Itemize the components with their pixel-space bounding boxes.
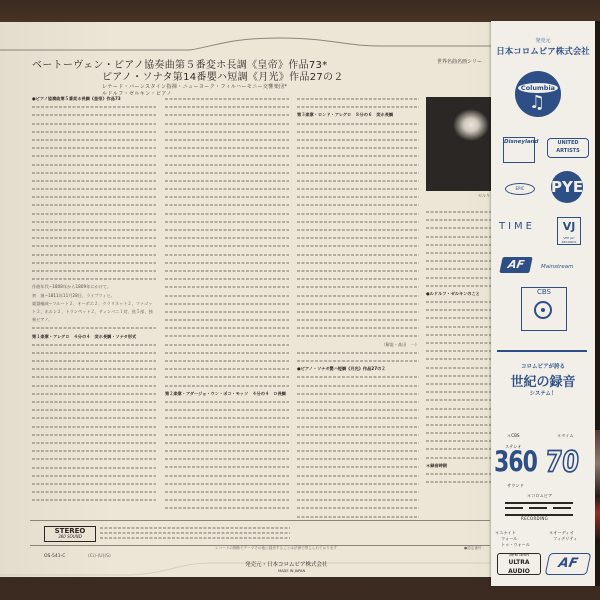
sleeve-opening-curve <box>0 28 500 58</box>
obi-strip: 発売元 日本コロムビア株式会社 Columbia ♫ Disneyland UN… <box>491 21 595 586</box>
liner-notes-column-2: 第２楽章・アダージョ・ウン・ポコ・モッソ ４分の４ ロ長調 <box>165 95 289 520</box>
tagline-big: 世紀の録音 <box>491 371 595 390</box>
footer-notes <box>100 524 290 540</box>
meta-premiere: 初 演−1811年11月28日、ライプツィヒ。 <box>32 292 156 300</box>
columbia-logo: Columbia ♫ <box>515 71 561 117</box>
title-sonata: ピアノ・ソナタ第14番嬰ハ短調《月光》作品27の２ <box>102 68 344 83</box>
meta-instrumentation: 楽器編成−フルート２、オーボエ２、クラリネット２、ファゴット２、ホルン２、トラン… <box>32 300 156 325</box>
tagline-small: コロムビアが誇る <box>491 362 595 370</box>
label-time: ＊タイム <box>557 433 574 439</box>
stereo-badge: STEREO 360 SOUND <box>44 526 96 542</box>
recording-date-heading: ＊録音時期 <box>426 462 492 470</box>
signature: （解説・髙田 一） <box>297 341 419 349</box>
audio-fidelity-logo: AF <box>499 257 532 273</box>
pianist-photo <box>426 97 493 191</box>
credit-conductor: レナード・バーンスタイン指揮・ニューヨーク・フィルハーモニー交響楽団* <box>102 83 287 90</box>
catalog-code: (Ci)-(U)(S) <box>88 554 111 559</box>
footer-rule-top <box>30 520 490 521</box>
time-70-logo: 70 <box>544 445 580 479</box>
united-artists-logo: UNITED ARTISTS <box>547 138 589 158</box>
sss-logo <box>505 502 573 516</box>
heading-sonata: ●ピアノ・ソナタ嬰ハ短調《月光》作品27の２ <box>297 365 419 373</box>
pye-logo: PYE <box>551 171 583 203</box>
vee-jay-logo: VJ VEE JAY RECORDS <box>557 217 581 245</box>
made-in-japan: MADE IN JAPAN <box>278 569 305 573</box>
tagline-end: システム！ <box>491 389 595 397</box>
ultra-audio-logo: UNITED ARTISTS ULTRA AUDIO <box>497 553 541 575</box>
epic-logo: EPIC <box>505 183 535 195</box>
liner-notes-column-1: ●ピアノ協奏曲第５番変ホ長調《皇帝》作品73 作曲年代−1808年から1809年… <box>32 95 156 520</box>
cbs-logo: CBS <box>521 287 567 331</box>
time-logo: TIME <box>499 221 535 232</box>
label-columbia: ＊コロムビア <box>527 493 552 499</box>
stereo-360-logo: 360 <box>494 447 537 480</box>
disneyland-logo: Disneyland <box>503 137 535 163</box>
music-note-icon: ♫ <box>529 93 545 113</box>
liner-notes-column-3: 第３楽章・ロンド・アレグロ ８分の６ 変ホ長調 （解説・髙田 一） ●ピアノ・ソ… <box>297 95 419 520</box>
obi-divider <box>497 350 587 352</box>
heading-concerto: ●ピアノ協奏曲第５番変ホ長調《皇帝》作品73 <box>32 95 156 103</box>
label-cbs: ＊CBS <box>507 433 520 439</box>
catalog-number: OS-541-C <box>44 554 65 559</box>
heading-serkin: ●ルドルフ・ゼルキンのこと <box>426 290 492 298</box>
movement-2-heading: 第２楽章・アダージョ・ウン・ポコ・モッソ ４分の４ ロ長調 <box>165 390 289 398</box>
copyright-warning: レコードの無断でテープその他に録音することは法律で禁じられております <box>215 546 337 551</box>
obi-publisher-label: 発売元 <box>491 37 595 44</box>
meta-composed: 作曲年代−1808年から1809年にかけて。 <box>32 283 156 291</box>
cbs-eye-icon <box>534 301 552 319</box>
audio-fidelity-logo-2: AF <box>545 553 592 575</box>
recording-label: RECORDING <box>521 516 548 521</box>
publisher: 発売元・日本コロムビア株式会社 <box>245 560 328 568</box>
liner-notes-column-4: ●ルドルフ・ゼルキンのこと ＊録音時期 <box>426 208 492 483</box>
obi-publisher: 日本コロムビア株式会社 <box>491 45 595 57</box>
movement-1-heading: 第１楽章・アレグロ ４分の４ 変ホ長調・ソナタ形式 <box>32 333 156 341</box>
label-sound: サウンド <box>507 483 524 489</box>
certification-mark: ●認定番号 <box>464 546 482 551</box>
mainstream-logo: Mainstream <box>541 264 574 270</box>
movement-3-heading: 第３楽章・ロンド・アレグロ ８分の６ 変ホ長調 <box>297 111 419 119</box>
series-label: 世界名曲名画シリー <box>437 58 482 65</box>
